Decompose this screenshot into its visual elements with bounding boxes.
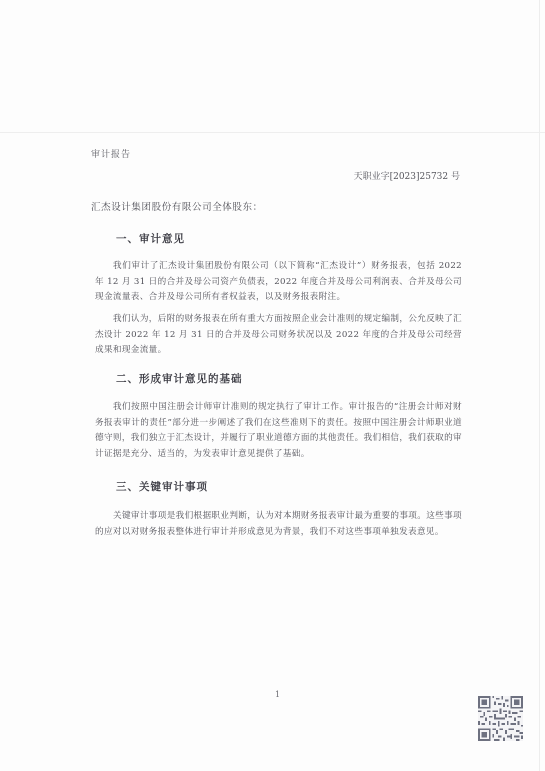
section-heading-key-matters: 三、关键审计事项 (116, 479, 208, 494)
section-heading-basis: 二、形成审计意见的基础 (116, 371, 243, 386)
paragraph-basis: 我们按照中国注册会计师审计准则的规定执行了审计工作。审计报告的“注册会计师对财务… (95, 400, 462, 463)
paragraph-key-matters: 关键审计事项是我们根据职业判断，认为对本期财务报表审计最为重要的事项。这些事项的… (95, 509, 462, 540)
section-heading-audit-opinion: 一、审计意见 (116, 231, 185, 246)
document-number: 天职业字[2023]25732 号 (354, 169, 460, 182)
paragraph-opinion: 我们认为，后附的财务报表在所有重大方面按照企业会计准则的规定编制，公允反映了汇杰… (95, 312, 462, 359)
paragraph-audit-scope: 我们审计了汇杰设计集团股份有限公司（以下简称“汇杰设计”）财务报表，包括 202… (95, 259, 462, 306)
qr-code-icon (478, 696, 523, 741)
page-top-divider (0, 132, 545, 133)
page-right-edge (539, 0, 540, 771)
page-number: 1 (275, 690, 280, 699)
report-header-title: 审计报告 (91, 147, 131, 160)
addressee: 汇杰设计集团股份有限公司全体股东： (91, 199, 263, 213)
